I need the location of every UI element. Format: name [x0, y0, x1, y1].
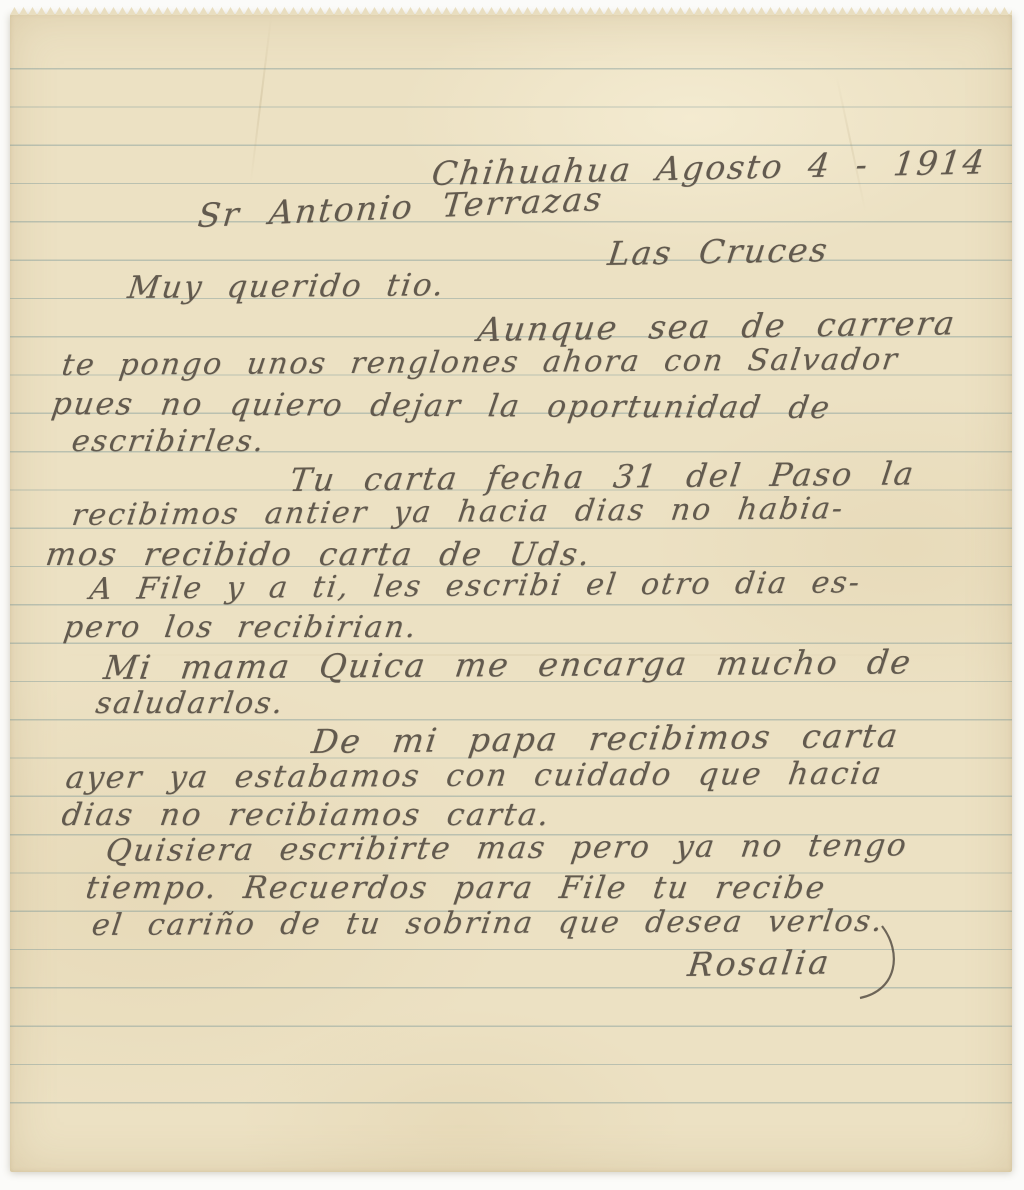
letter-paper: Chihuahua Agosto 4 - 1914 Sr Antonio Ter… [10, 14, 1012, 1172]
body-line: tiempo. Recuerdos para File tu recibe [83, 870, 828, 906]
body-line: ayer ya estabamos con cuidado que hacia [64, 756, 886, 796]
body-line: Quisiera escribirte mas pero ya no tengo [104, 827, 911, 869]
place-line: Las Cruces [606, 230, 832, 273]
body-line: dias no recibiamos carta. [59, 797, 553, 833]
torn-edge-top [10, 6, 1012, 15]
body-line: escribirles. [70, 424, 268, 459]
body-line: pero los recibirian. [62, 610, 420, 645]
signature-flourish [856, 920, 910, 1004]
body-line: saludarlos. [94, 686, 287, 721]
body-line: el cariño de tu sobrina que desea verlos… [90, 904, 886, 943]
body-line: mos recibido carta de Uds. [43, 535, 594, 573]
body-line: te pongo unos renglones ahora con Salvad… [60, 342, 901, 383]
signature-name: Rosalia [686, 943, 834, 984]
body-line: pues no quiero dejar la oportunidad de [49, 386, 833, 426]
body-line: recibimos antier ya hacia dias no habia- [70, 491, 847, 533]
body-line: De mi papa recibimos carta [309, 716, 901, 761]
paper-crease [835, 75, 866, 212]
salutation-line: Muy querido tio. [126, 267, 448, 306]
body-line: A File y a ti, les escribi el otro dia e… [88, 565, 864, 607]
paper-crease [250, 15, 273, 184]
body-line: Mi mama Quica me encarga mucho de [101, 642, 914, 687]
recipient-line: Sr Antonio Terrazas [196, 179, 605, 235]
